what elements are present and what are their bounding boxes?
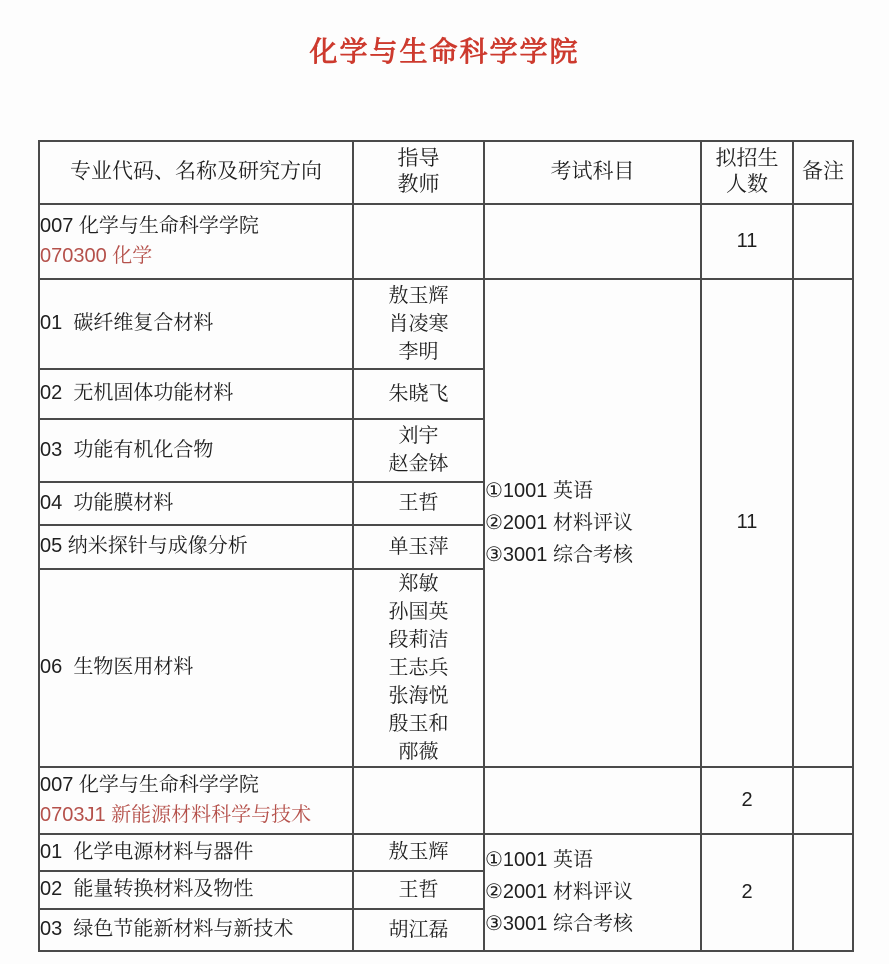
remarks-cell-empty bbox=[793, 767, 853, 834]
advisor-cell: 朱晓飞 bbox=[353, 369, 484, 419]
advisor-cell: 刘宇 赵金钵 bbox=[353, 419, 484, 482]
direction-cell: 05 纳米探针与成像分析 bbox=[39, 525, 353, 569]
header-cell-remarks: 备注 bbox=[793, 141, 853, 204]
header-cell-major: 专业代码、名称及研究方向 bbox=[39, 141, 353, 204]
direction-cell: 01 化学电源材料与器件 bbox=[39, 834, 353, 871]
exam-subjects-cell: ①1001 英语 ②2001 材料评议 ③3001 综合考核 bbox=[484, 834, 701, 951]
quota-cell: 2 bbox=[701, 834, 793, 951]
table-row: 01 化学电源材料与器件 敖玉辉 ①1001 英语 ②2001 材料评议 ③30… bbox=[39, 834, 853, 871]
direction-cell: 03 功能有机化合物 bbox=[39, 419, 353, 482]
advisor-cell: 胡江磊 bbox=[353, 909, 484, 951]
direction-cell: 02 能量转换材料及物性 bbox=[39, 871, 353, 909]
page-title: 化学与生命科学学院 bbox=[0, 0, 889, 70]
header-cell-quota: 拟招生 人数 bbox=[701, 141, 793, 204]
exam-subjects-cell: ①1001 英语 ②2001 材料评议 ③3001 综合考核 bbox=[484, 279, 701, 767]
direction-cell: 01 碳纤维复合材料 bbox=[39, 279, 353, 369]
major-code-line: 070300 化学 bbox=[40, 241, 352, 271]
quota-cell: 11 bbox=[701, 279, 793, 767]
advisor-cell-empty bbox=[353, 204, 484, 279]
advisor-cell: 王哲 bbox=[353, 482, 484, 525]
advisor-cell: 王哲 bbox=[353, 871, 484, 909]
header-row: 专业代码、名称及研究方向 指导 教师 考试科目 拟招生 人数 备注 bbox=[39, 141, 853, 204]
section-quota-cell: 2 bbox=[701, 767, 793, 834]
section-quota-cell: 11 bbox=[701, 204, 793, 279]
section-row: 007 化学与生命科学学院 0703J1 新能源材料科学与技术 2 bbox=[39, 767, 853, 834]
direction-cell: 06 生物医用材料 bbox=[39, 569, 353, 767]
advisor-cell: 敖玉辉 肖凌寒 李明 bbox=[353, 279, 484, 369]
dept-code-line: 007 化学与生命科学学院 bbox=[40, 211, 352, 241]
table-row: 01 碳纤维复合材料 敖玉辉 肖凌寒 李明 ①1001 英语 ②2001 材料评… bbox=[39, 279, 853, 369]
admissions-table: 专业代码、名称及研究方向 指导 教师 考试科目 拟招生 人数 备注 007 化学… bbox=[38, 140, 854, 952]
advisor-cell-empty bbox=[353, 767, 484, 834]
exam-cell-empty bbox=[484, 767, 701, 834]
section-title-cell: 007 化学与生命科学学院 070300 化学 bbox=[39, 204, 353, 279]
remarks-cell-empty bbox=[793, 279, 853, 767]
advisor-cell: 郑敏 孙国英 段莉洁 王志兵 张海悦 殷玉和 邴薇 bbox=[353, 569, 484, 767]
advisor-cell: 单玉萍 bbox=[353, 525, 484, 569]
remarks-cell-empty bbox=[793, 834, 853, 951]
dept-code-line: 007 化学与生命科学学院 bbox=[40, 770, 352, 800]
exam-cell-empty bbox=[484, 204, 701, 279]
section-title-cell: 007 化学与生命科学学院 0703J1 新能源材料科学与技术 bbox=[39, 767, 353, 834]
advisor-cell: 敖玉辉 bbox=[353, 834, 484, 871]
section-row: 007 化学与生命科学学院 070300 化学 11 bbox=[39, 204, 853, 279]
direction-cell: 04 功能膜材料 bbox=[39, 482, 353, 525]
header-cell-exam: 考试科目 bbox=[484, 141, 701, 204]
direction-cell: 03 绿色节能新材料与新技术 bbox=[39, 909, 353, 951]
header-cell-advisor: 指导 教师 bbox=[353, 141, 484, 204]
major-code-line: 0703J1 新能源材料科学与技术 bbox=[40, 800, 352, 830]
direction-cell: 02 无机固体功能材料 bbox=[39, 369, 353, 419]
remarks-cell-empty bbox=[793, 204, 853, 279]
